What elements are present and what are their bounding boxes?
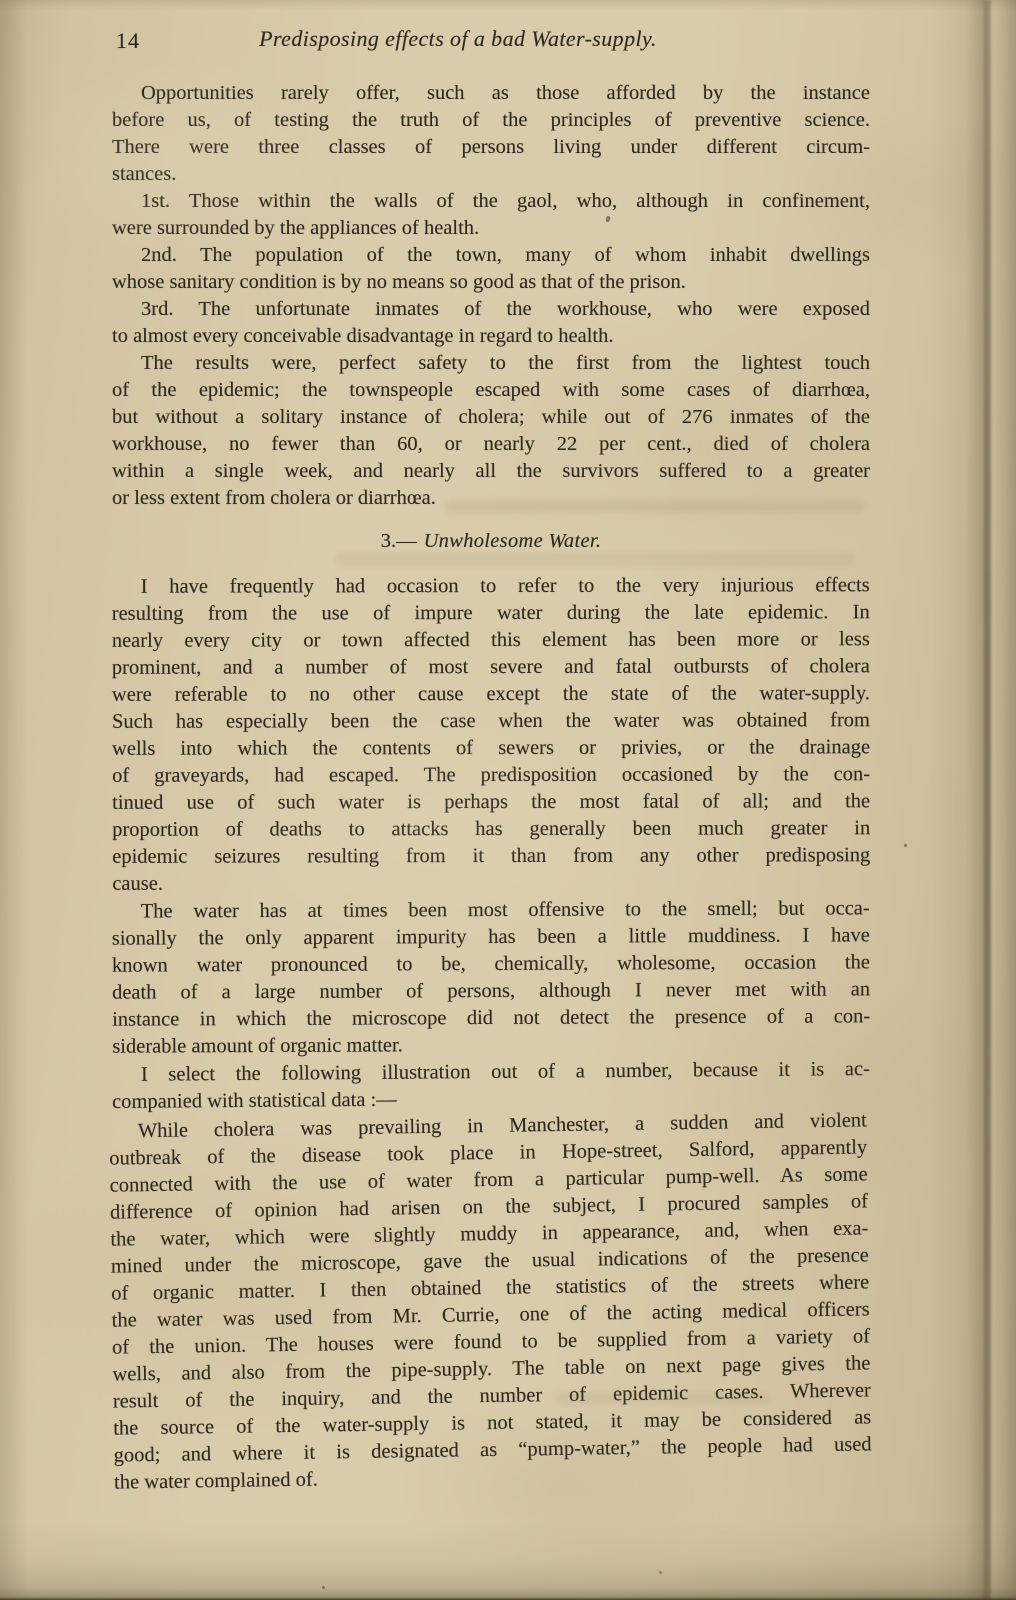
text-line: of graveyards, had escaped. The predispo… [112,761,870,790]
page-fold-line [984,0,991,1600]
text-line: to almost every conceivable disadvantage… [112,323,870,350]
paragraph: Opportunities rarely offer, such as thos… [112,80,870,188]
text-line: wells into which the contents of sewers … [112,734,870,763]
text-line: I have frequently had occasion to refer … [112,572,870,601]
page-gutter-shadow [930,0,1016,1600]
paragraph: 2nd. The population of the town, many of… [112,242,870,296]
ink-speck [659,1571,662,1574]
paragraph: I have frequently had occasion to refer … [112,572,871,898]
section-number: 3.— [381,530,417,552]
ink-speck [322,1586,325,1589]
text-line: 2nd. The population of the town, many of… [112,242,870,269]
body-text: Opportunities rarely offer, such as thos… [112,80,870,1491]
book-page-scan: 14 Predisposing effects of a bad Water-s… [0,0,1016,1600]
paragraph: While cholera was prevailing in Manchest… [109,1107,873,1496]
text-line: There were three classes of persons livi… [112,134,870,161]
text-line: tinued use of such water is perhaps the … [112,788,870,817]
text-line: but without a solitary instance of chole… [112,404,870,431]
text-line: The results were, perfect safety to the … [112,350,870,377]
section-title: Unwholesome Water. [424,530,602,552]
text-line: cause. [112,869,870,898]
text-line: were referable to no other cause except … [112,680,870,709]
text-line: workhouse, no fewer than 60, or nearly 2… [112,431,870,458]
paragraph: The water has at times been most offensi… [112,895,871,1060]
page-bottom-edge-shadow [0,1520,1016,1600]
text-line: before us, of testing the truth of the p… [112,107,870,134]
text-line: stances. [112,161,870,188]
paragraph: I select the following illustration out … [112,1056,870,1116]
text-line: epidemic seizures resulting from it than… [112,842,870,871]
text-line: Such has especially been the case when t… [112,707,870,736]
paragraph: 3rd. The unfortunate inmates of the work… [112,296,870,350]
text-line: sionally the only apparent impurity has … [112,922,870,952]
text-line: of the epidemic; the townspeople escaped… [112,377,870,404]
text-line: instance in which the microscope did not… [112,1003,870,1033]
text-line: were surrounded by the appliances of hea… [112,215,870,242]
text-line: known water pronounced to be, chemically… [112,949,870,979]
text-line: nearly every city or town affected this … [112,626,870,655]
text-line: prominent, and a number of most severe a… [112,653,870,682]
section-heading: 3.—Unwholesome Water. [112,528,870,555]
text-line: proportion of deaths to attacks has gene… [112,815,870,844]
ink-speck [904,844,907,847]
text-line: death of a large number of persons, alth… [112,976,870,1006]
running-title: Predisposing effects of a bad Water-supp… [112,26,804,52]
text-line: within a single week, and nearly all the… [112,458,870,485]
text-line: or less extent from cholera or diarrhœa. [112,485,870,512]
page-left-edge-shadow [0,0,28,1600]
page-top-edge-shadow [0,0,1016,10]
text-line: The water has at times been most offensi… [112,895,870,925]
text-line: 1st. Those within the walls of the gaol,… [112,188,870,215]
text-line: Opportunities rarely offer, such as thos… [112,80,870,107]
text-line: resulting from the use of impure water d… [112,599,870,628]
page-header: 14 Predisposing effects of a bad Water-s… [112,26,870,58]
text-line: 3rd. The unfortunate inmates of the work… [112,296,870,323]
paragraph: The results were, perfect safety to the … [112,350,870,512]
text-line: whose sanitary condition is by no means … [112,269,870,296]
paragraph: 1st. Those within the walls of the gaol,… [112,188,870,242]
